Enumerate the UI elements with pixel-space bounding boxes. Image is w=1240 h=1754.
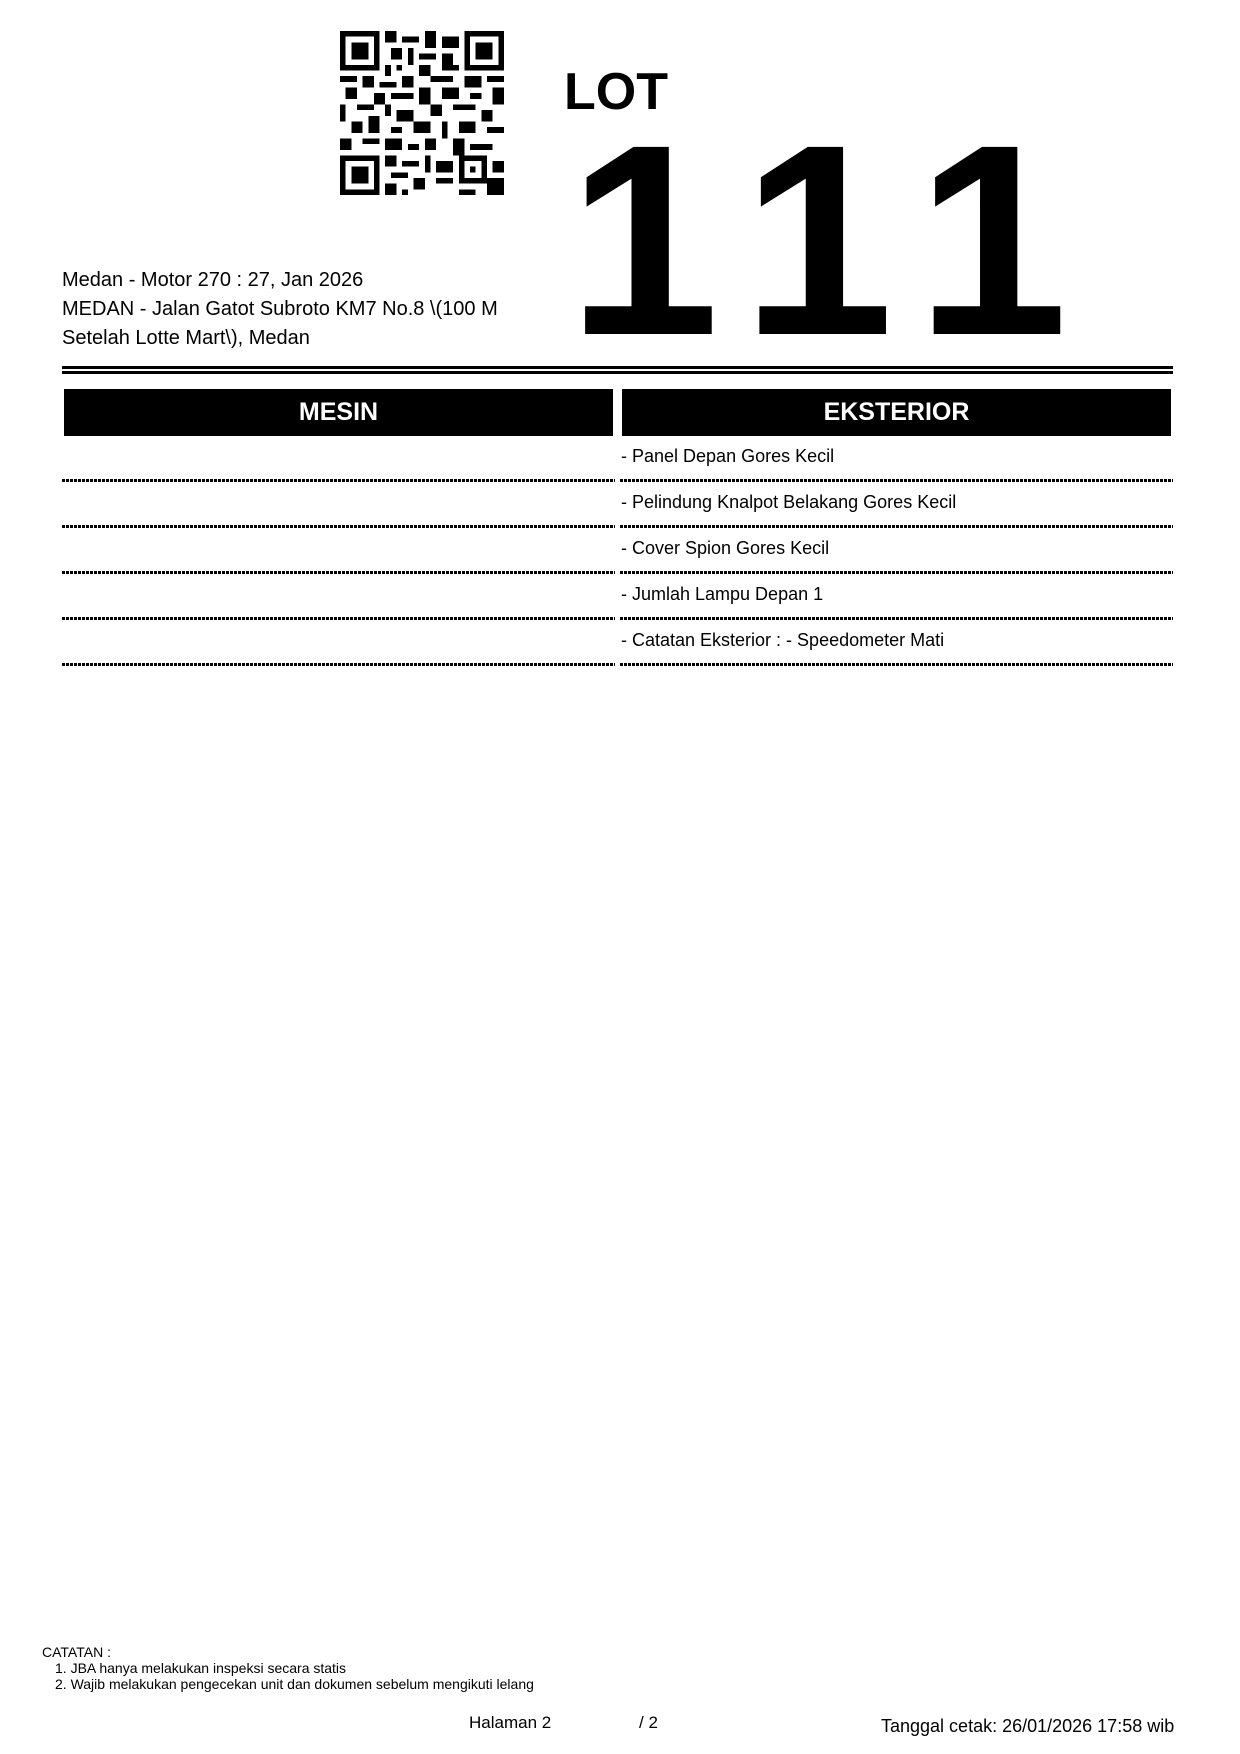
notes-title: CATATAN : xyxy=(42,1644,534,1660)
list-item xyxy=(62,620,615,666)
list-item: - Jumlah Lampu Depan 1 xyxy=(620,574,1173,620)
qr-code-icon xyxy=(340,31,504,195)
list-item xyxy=(62,482,615,528)
auction-info: Medan - Motor 270 : 27, Jan 2026 MEDAN -… xyxy=(62,266,532,353)
list-item xyxy=(62,436,615,482)
note-item: 2. Wajib melakukan pengecekan unit dan d… xyxy=(42,1676,534,1692)
event-line: Medan - Motor 270 : 27, Jan 2026 xyxy=(62,266,532,295)
dotted-divider xyxy=(62,663,615,666)
header-divider xyxy=(62,366,1173,374)
section-header-eksterior: EKSTERIOR xyxy=(622,389,1171,436)
address-line-2: Setelah Lotte Mart\), Medan xyxy=(62,324,532,353)
list-item: - Catatan Eksterior : - Speedometer Mati xyxy=(620,620,1173,666)
section-header-mesin: MESIN xyxy=(64,389,613,436)
list-item: - Cover Spion Gores Kecil xyxy=(620,528,1173,574)
list-item: - Panel Depan Gores Kecil xyxy=(620,436,1173,482)
mesin-list xyxy=(62,436,615,666)
eksterior-list: - Panel Depan Gores Kecil - Pelindung Kn… xyxy=(620,436,1173,666)
address-line-1: MEDAN - Jalan Gatot Subroto KM7 No.8 \(1… xyxy=(62,295,532,324)
print-date: Tanggal cetak: 26/01/2026 17:58 wib xyxy=(881,1716,1174,1737)
note-item: 1. JBA hanya melakukan inspeksi secara s… xyxy=(42,1660,534,1676)
list-item: - Pelindung Knalpot Belakang Gores Kecil xyxy=(620,482,1173,528)
lot-number: 111 xyxy=(568,104,1106,376)
notes: CATATAN : 1. JBA hanya melakukan inspeks… xyxy=(42,1644,534,1692)
page-total: / 2 xyxy=(639,1713,658,1733)
dotted-divider xyxy=(620,663,1173,666)
list-item xyxy=(62,528,615,574)
page-label: Halaman 2 xyxy=(469,1713,551,1733)
list-item xyxy=(62,574,615,620)
